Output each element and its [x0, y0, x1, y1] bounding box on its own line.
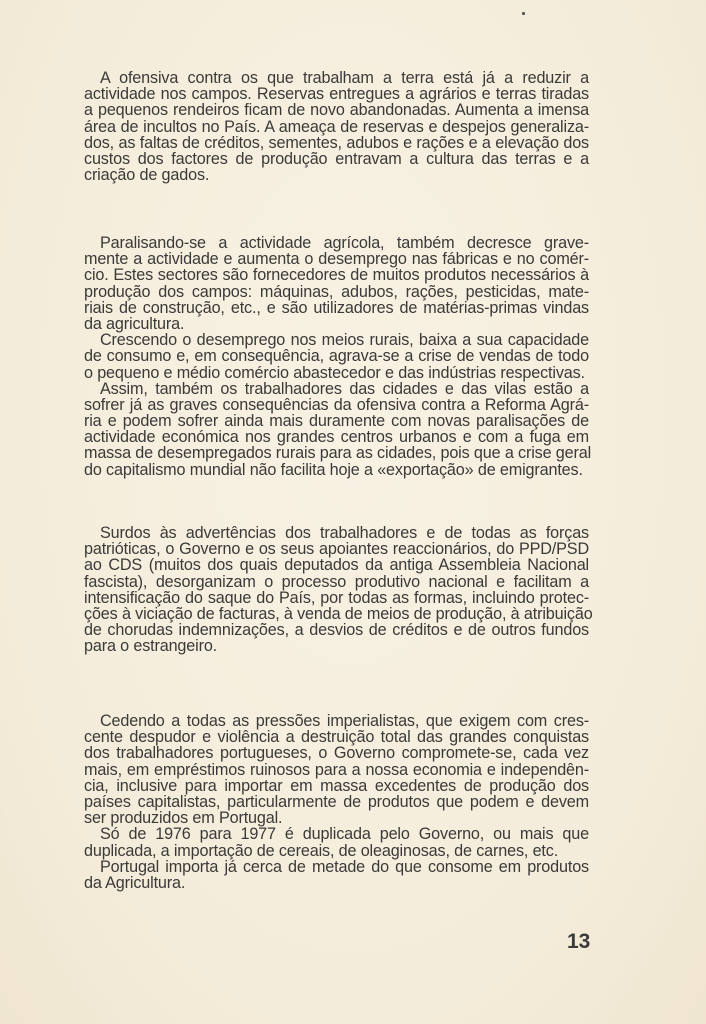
- text-line: duplicada, a importação de cereais, de o…: [84, 843, 589, 859]
- print-speck: [522, 12, 525, 15]
- text-line: criação de gados.: [84, 167, 589, 183]
- text-line: o pequeno e médio comércio abastecedor e…: [84, 365, 589, 381]
- text-line: sofrer já as graves consequências da ofe…: [84, 397, 589, 413]
- text-line: Surdos às advertências dos trabalhadores…: [84, 525, 589, 541]
- text-line: da Agricultura.: [84, 875, 589, 891]
- text-line: do capitalismo mundial não facilita hoje…: [84, 462, 589, 478]
- document-page: A ofensiva contra os que trabalham a ter…: [0, 0, 706, 1024]
- text-line: de chorudas indemnizações, a desvios de …: [84, 622, 589, 638]
- text-line: mente a actividade e aumenta o desempreg…: [84, 251, 589, 267]
- text-line: Crescendo o desemprego nos meios rurais,…: [84, 332, 589, 348]
- text-line: cente despudor e violência a destruição …: [84, 729, 589, 745]
- text-line: actividade nos campos. Reservas entregue…: [84, 86, 589, 102]
- text-line: Só de 1976 para 1977 é duplicada pelo Go…: [84, 826, 589, 842]
- text-line: produção dos campos: máquinas, adubos, r…: [84, 284, 589, 300]
- text-block-government: Surdos às advertências dos trabalhadores…: [84, 525, 589, 655]
- text-line: mais, em empréstimos ruinosos para a nos…: [84, 762, 589, 778]
- text-line: actividade económica nos grandes centros…: [84, 429, 589, 445]
- text-line: ções à viciação de facturas, à venda de …: [84, 606, 589, 622]
- paragraph: Só de 1976 para 1977 é duplicada pelo Go…: [84, 826, 589, 858]
- text-line: de consumo e, em consequência, agrava-se…: [84, 348, 589, 364]
- text-line: cia, inclusive para importar em massa ex…: [84, 778, 589, 794]
- text-block-imperialist-pressures: Cedendo a todas as pressões imperialista…: [84, 713, 589, 891]
- paragraph: Cedendo a todas as pressões imperialista…: [84, 713, 589, 826]
- text-line: a pequenos rendeiros ficam de novo aband…: [84, 102, 589, 118]
- paragraph: Paralisando-se a actividade agrícola, ta…: [84, 235, 589, 332]
- text-line: Assim, também os trabalhadores das cidad…: [84, 381, 589, 397]
- text-line: ser produzidos em Portugal.: [84, 810, 589, 826]
- text-line: custos dos factores de produção entravam…: [84, 151, 589, 167]
- text-line: países capitalistas, particularmente de …: [84, 794, 589, 810]
- paragraph: Assim, também os trabalhadores das cidad…: [84, 381, 589, 478]
- page-number: 13: [567, 930, 590, 954]
- text-line: fascista), desorganizam o processo produ…: [84, 574, 589, 590]
- paragraph: Crescendo o desemprego nos meios rurais,…: [84, 332, 589, 381]
- text-line: ria e podem sofrer ainda mais duramente …: [84, 413, 589, 429]
- text-line: para o estrangeiro.: [84, 638, 589, 654]
- text-line: Cedendo a todas as pressões imperialista…: [84, 713, 589, 729]
- text-line: riais de construção, etc., e são utiliza…: [84, 300, 589, 316]
- text-line: dos, as faltas de créditos, sementes, ad…: [84, 135, 589, 151]
- text-line: massa de desempregados rurais para as ci…: [84, 445, 589, 461]
- text-line: ao CDS (muitos dos quais deputados da an…: [84, 557, 589, 573]
- text-line: cio. Estes sectores são fornecedores de …: [84, 267, 589, 283]
- text-line: Paralisando-se a actividade agrícola, ta…: [84, 235, 589, 251]
- text-line: Portugal importa já cerca de metade do q…: [84, 859, 589, 875]
- text-line: patrióticas, o Governo e os seus apoiant…: [84, 541, 589, 557]
- paragraph: Surdos às advertências dos trabalhadores…: [84, 525, 589, 655]
- text-block-unemployment: Paralisando-se a actividade agrícola, ta…: [84, 235, 589, 478]
- text-block-agrarian-offensive: A ofensiva contra os que trabalham a ter…: [84, 70, 589, 183]
- paragraph: Portugal importa já cerca de metade do q…: [84, 859, 589, 891]
- paragraph: A ofensiva contra os que trabalham a ter…: [84, 70, 589, 183]
- text-line: da agricultura.: [84, 316, 589, 332]
- text-line: A ofensiva contra os que trabalham a ter…: [84, 70, 589, 86]
- text-line: área de incultos no País. A ameaça de re…: [84, 119, 589, 135]
- text-line: intensificação do saque do País, por tod…: [84, 590, 589, 606]
- text-line: dos trabalhadores portugueses, o Governo…: [84, 745, 589, 761]
